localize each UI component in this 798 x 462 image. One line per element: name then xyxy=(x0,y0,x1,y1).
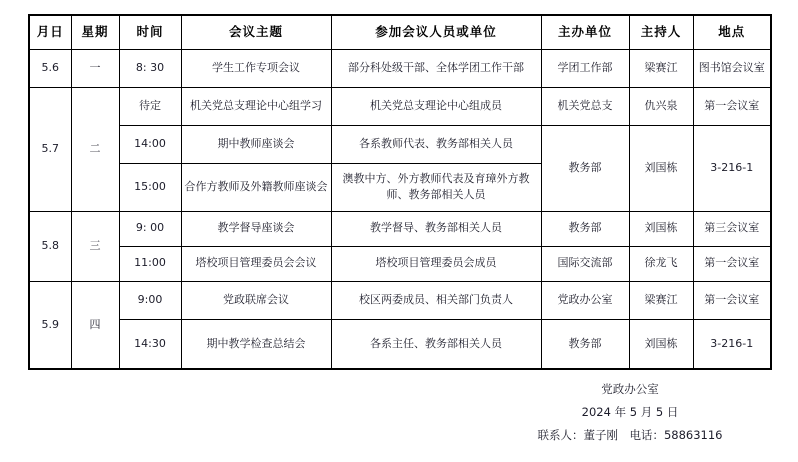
table-row: 5.7 二 待定 机关党总支理论中心组学习 机关党总支理论中心组成员 机关党总支… xyxy=(29,87,771,125)
cell-topic: 塔校项目管理委员会会议 xyxy=(181,246,331,281)
signature-contact: 联系人：董子刚 电话：58863116 xyxy=(470,424,790,447)
signature-block: 党政办公室 2024 年 5 月 5 日 联系人：董子刚 电话：58863116 xyxy=(470,378,790,447)
cell-organizer: 教务部 xyxy=(541,211,629,246)
cell-organizer: 教务部 xyxy=(541,319,629,369)
cell-participants: 校区两委成员、相关部门负责人 xyxy=(331,281,541,319)
cell-time: 14:30 xyxy=(119,319,181,369)
cell-location: 图书馆会议室 xyxy=(693,49,771,87)
cell-time: 11:00 xyxy=(119,246,181,281)
header-host: 主持人 xyxy=(629,15,693,49)
table-row: 14:00 期中教师座谈会 各系教师代表、教务部相关人员 教务部 刘国栋 3-2… xyxy=(29,125,771,163)
meeting-schedule-table: 月日 星期 时间 会议主题 参加会议人员或单位 主办单位 主持人 地点 5.6 … xyxy=(28,14,772,370)
cell-topic: 合作方教师及外籍教师座谈会 xyxy=(181,163,331,211)
cell-time: 8: 30 xyxy=(119,49,181,87)
cell-date: 5.9 xyxy=(29,281,71,369)
table-row: 14:30 期中教学检查总结会 各系主任、教务部相关人员 教务部 刘国栋 3-2… xyxy=(29,319,771,369)
cell-location: 3-216-1 xyxy=(693,125,771,211)
header-organizer: 主办单位 xyxy=(541,15,629,49)
cell-organizer: 学团工作部 xyxy=(541,49,629,87)
cell-weekday: 一 xyxy=(71,49,119,87)
cell-location: 第三会议室 xyxy=(693,211,771,246)
cell-location: 第一会议室 xyxy=(693,281,771,319)
cell-topic: 学生工作专项会议 xyxy=(181,49,331,87)
cell-participants: 机关党总支理论中心组成员 xyxy=(331,87,541,125)
cell-participants: 塔校项目管理委员会成员 xyxy=(331,246,541,281)
cell-participants: 各系主任、教务部相关人员 xyxy=(331,319,541,369)
cell-host: 仇兴泉 xyxy=(629,87,693,125)
header-topic: 会议主题 xyxy=(181,15,331,49)
cell-participants: 部分科处级干部、全体学团工作干部 xyxy=(331,49,541,87)
cell-weekday: 四 xyxy=(71,281,119,369)
header-date: 月日 xyxy=(29,15,71,49)
cell-topic: 党政联席会议 xyxy=(181,281,331,319)
cell-time: 9:00 xyxy=(119,281,181,319)
cell-host: 刘国栋 xyxy=(629,211,693,246)
cell-host: 梁赛江 xyxy=(629,49,693,87)
table-row: 5.9 四 9:00 党政联席会议 校区两委成员、相关部门负责人 党政办公室 梁… xyxy=(29,281,771,319)
cell-host: 刘国栋 xyxy=(629,319,693,369)
table-row: 5.6 一 8: 30 学生工作专项会议 部分科处级干部、全体学团工作干部 学团… xyxy=(29,49,771,87)
header-time: 时间 xyxy=(119,15,181,49)
cell-topic: 教学督导座谈会 xyxy=(181,211,331,246)
cell-topic: 期中教师座谈会 xyxy=(181,125,331,163)
header-weekday: 星期 xyxy=(71,15,119,49)
cell-participants: 教学督导、教务部相关人员 xyxy=(331,211,541,246)
cell-time: 9: 00 xyxy=(119,211,181,246)
table-row: 5.8 三 9: 00 教学督导座谈会 教学督导、教务部相关人员 教务部 刘国栋… xyxy=(29,211,771,246)
meeting-schedule-page: 月日 星期 时间 会议主题 参加会议人员或单位 主办单位 主持人 地点 5.6 … xyxy=(0,0,798,462)
signature-department: 党政办公室 xyxy=(470,378,790,401)
cell-organizer: 机关党总支 xyxy=(541,87,629,125)
header-participants: 参加会议人员或单位 xyxy=(331,15,541,49)
cell-weekday: 二 xyxy=(71,87,119,211)
table-header-row: 月日 星期 时间 会议主题 参加会议人员或单位 主办单位 主持人 地点 xyxy=(29,15,771,49)
table-row: 11:00 塔校项目管理委员会会议 塔校项目管理委员会成员 国际交流部 徐龙飞 … xyxy=(29,246,771,281)
cell-weekday: 三 xyxy=(71,211,119,281)
signature-date: 2024 年 5 月 5 日 xyxy=(470,401,790,424)
cell-topic: 期中教学检查总结会 xyxy=(181,319,331,369)
cell-time: 14:00 xyxy=(119,125,181,163)
cell-participants: 澳教中方、外方教师代表及育璋外方教师、教务部相关人员 xyxy=(331,163,541,211)
cell-organizer: 党政办公室 xyxy=(541,281,629,319)
cell-time: 15:00 xyxy=(119,163,181,211)
cell-host: 徐龙飞 xyxy=(629,246,693,281)
cell-host: 梁赛江 xyxy=(629,281,693,319)
cell-location: 第一会议室 xyxy=(693,87,771,125)
cell-topic: 机关党总支理论中心组学习 xyxy=(181,87,331,125)
cell-location: 3-216-1 xyxy=(693,319,771,369)
cell-location: 第一会议室 xyxy=(693,246,771,281)
cell-date: 5.8 xyxy=(29,211,71,281)
cell-host: 刘国栋 xyxy=(629,125,693,211)
cell-date: 5.6 xyxy=(29,49,71,87)
cell-organizer: 国际交流部 xyxy=(541,246,629,281)
cell-participants: 各系教师代表、教务部相关人员 xyxy=(331,125,541,163)
header-location: 地点 xyxy=(693,15,771,49)
cell-date: 5.7 xyxy=(29,87,71,211)
cell-organizer: 教务部 xyxy=(541,125,629,211)
cell-time: 待定 xyxy=(119,87,181,125)
